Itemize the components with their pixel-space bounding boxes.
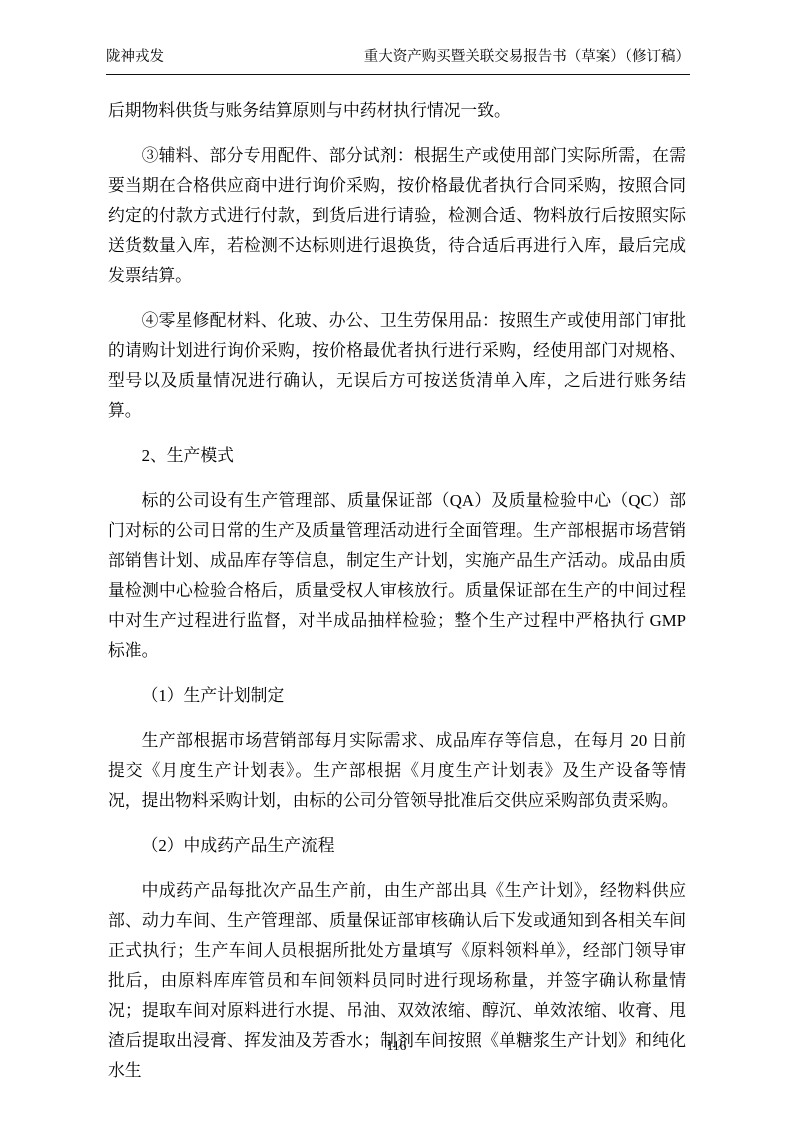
paragraph-production-management: 标的公司设有生产管理部、质量保证部（QA）及质量检验中心（QC）部门对标的公司日… — [108, 486, 686, 666]
page-footer: 116 — [0, 1036, 793, 1056]
document-body: 后期物料供货与账务结算原则与中药材执行情况一致。 ③辅料、部分专用配件、部分试剂… — [108, 96, 686, 1101]
paragraph-continuation: 后期物料供货与账务结算原则与中药材执行情况一致。 — [108, 96, 686, 126]
page-header: 陇神戎发 重大资产购买暨关联交易报告书（草案）（修订稿） — [106, 46, 690, 75]
paragraph-production-plan-detail: 生产部根据市场营销部每月实际需求、成品库存等信息，在每月 20 日前提交《月度生… — [108, 726, 686, 816]
paragraph-item-3-auxiliary-materials: ③辅料、部分专用配件、部分试剂：根据生产或使用部门实际所需，在需要当期在合格供应… — [108, 141, 686, 291]
header-report-title: 重大资产购买暨关联交易报告书（草案）（修订稿） — [364, 46, 690, 68]
subsection-heading-tcm-production-process: （2）中成药产品生产流程 — [108, 831, 686, 861]
section-heading-production-mode: 2、生产模式 — [108, 441, 686, 471]
subsection-heading-production-plan: （1）生产计划制定 — [108, 681, 686, 711]
document-page: 陇神戎发 重大资产购买暨关联交易报告书（草案）（修订稿） 后期物料供货与账务结算… — [0, 0, 793, 1122]
paragraph-item-4-sundry-supplies: ④零星修配材料、化玻、办公、卫生劳保用品：按照生产或使用部门审批的请购计划进行询… — [108, 306, 686, 426]
header-company-name: 陇神戎发 — [106, 46, 164, 68]
page-number: 116 — [387, 1038, 407, 1053]
